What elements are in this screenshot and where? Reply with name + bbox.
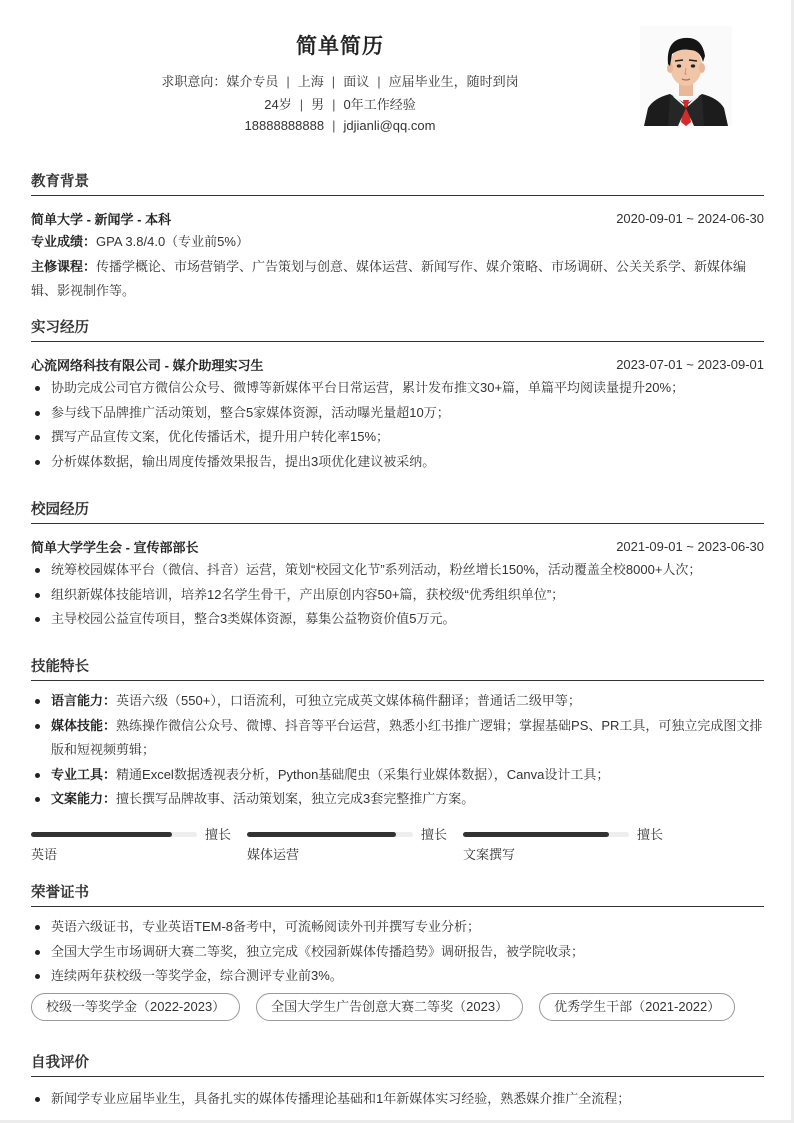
email: jdjianli@qq.com [343,118,435,133]
skills-bullets: 语言能力：英语六级（550+），口语流利，可独立完成英文媒体稿件翻译；普通话二级… [31,689,764,812]
list-item: 媒体技能：熟练操作微信公众号、微博、抖音等平台运营，熟悉小红书推广逻辑；掌握基础… [31,714,764,763]
intent-salary: 面议 [343,74,369,89]
courses-label: 主修课程 [31,259,83,274]
age: 24岁 [264,97,291,112]
skill-bar-track [463,832,629,837]
contact-line: 18888888888|jdjianli@qq.com [90,118,590,133]
basic-info-line: 24岁|男|0年工作经验 [90,94,590,113]
resume-page: 简单简历 求职意向：媒介专员|上海|面议|应届毕业生，随时到岗 24岁|男|0年… [0,0,794,1123]
skill-text: 熟练操作微信公众号、微博、抖音等平台运营，熟悉小红书推广逻辑；掌握基础PS、PR… [51,718,762,758]
campus-section: 校园经历 简单大学学生会 - 宣传部部长 2021-09-01 ~ 2023-0… [31,500,764,632]
education-section: 教育背景 简单大学 - 新闻学 - 本科 2020-09-01 ~ 2024-0… [31,172,764,304]
list-item: 主导校园公益宣传项目，整合3类媒体资源，募集公益物资价值5万元。 [31,607,764,632]
intent-availability: 应届毕业生，随时到岗 [389,74,519,89]
list-item: 协助完成公司官方微信公众号、微博等新媒体平台日常运营，累计发布推文30+篇，单篇… [31,376,764,401]
courses-value: 传播学概论、市场营销学、广告策划与创意、媒体运营、新闻写作、媒介策略、市场调研、… [31,259,746,299]
campus-entry-header: 简单大学学生会 - 宣传部部长 2021-09-01 ~ 2023-06-30 [31,534,764,558]
list-item: 分析媒体数据，输出周度传播效果报告，提出3项优化建议被采纳。 [31,450,764,475]
intent-position: 求职意向：媒介专员 [161,74,278,89]
separator: | [332,118,335,133]
skill-label: 文案能力 [51,791,103,806]
skill-text: 精通Excel数据透视表分析，Python基础爬虫（采集行业媒体数据），Canv… [116,767,609,782]
honor-tag: 校级一等奖学金（2022-2023） [31,993,240,1021]
list-item: 统筹校园媒体平台（微信、抖音）运营，策划“校园文化节”系列活动，粉丝增长150%… [31,558,764,583]
campus-bullets: 统筹校园媒体平台（微信、抖音）运营，策划“校园文化节”系列活动，粉丝增长150%… [31,558,764,632]
section-title-education: 教育背景 [31,172,764,196]
section-title-skills: 技能特长 [31,657,764,681]
section-title-campus: 校园经历 [31,500,764,524]
skill-name: 文案撰写 [463,844,515,863]
courses-line: 主修课程：传播学概论、市场营销学、广告策划与创意、媒体运营、新闻写作、媒介策略、… [31,255,764,304]
work-years: 0年工作经验 [344,97,416,112]
separator: | [286,74,289,89]
gender: 男 [311,97,324,112]
gpa-label: 专业成绩 [31,234,83,249]
list-item: 新闻学专业应届毕业生，具备扎实的媒体传播理论基础和1年新媒体实习经验，熟悉媒介推… [31,1087,764,1112]
skill-label: 语言能力 [51,693,103,708]
separator: | [377,74,380,89]
list-item: 连续两年获校级一等奖学金，综合测评专业前3%。 [31,964,764,989]
resume-header: 简单简历 求职意向：媒介专员|上海|面议|应届毕业生，随时到岗 24岁|男|0年… [0,0,794,150]
skill-label: 媒体技能 [51,718,103,733]
skill-bar-track [247,832,413,837]
phone: 18888888888 [245,118,325,133]
skill-bar-fill [247,832,396,837]
skills-section: 技能特长 语言能力：英语六级（550+），口语流利，可独立完成英文媒体稿件翻译；… [31,657,764,868]
list-item: 组织新媒体技能培训，培养12名学生骨干，产出原创内容50+篇，获校级“优秀组织单… [31,583,764,608]
section-title-self-eval: 自我评价 [31,1053,764,1077]
intent-city: 上海 [298,74,324,89]
skill-label: 专业工具 [51,767,103,782]
skill-text: 英语六级（550+），口语流利，可独立完成英文媒体稿件翻译；普通话二级甲等； [116,693,581,708]
internship-entry-header: 心流网络科技有限公司 - 媒介助理实习生 2023-07-01 ~ 2023-0… [31,352,764,376]
list-item: 文案能力：擅长撰写品牌故事、活动策划案，独立完成3套完整推广方案。 [31,787,764,812]
honors-section: 荣誉证书 英语六级证书，专业英语TEM-8备考中，可流畅阅读外刊并撰写专业分析；… [31,883,764,1021]
skill-name: 英语 [31,844,57,863]
gpa-line: 专业成绩：GPA 3.8/4.0（专业前5%） [31,230,764,255]
list-item: 撰写产品宣传文案，优化传播话术，提升用户转化率15%； [31,425,764,450]
list-item: 专业工具：精通Excel数据透视表分析，Python基础爬虫（采集行业媒体数据）… [31,763,764,788]
internship-org: 心流网络科技有限公司 - 媒介助理实习生 [31,355,264,374]
separator: | [332,74,335,89]
skill-level: 擅长 [205,824,231,843]
skill-bars: 擅长 英语 擅长 媒体运营 擅长 文案撰写 [31,828,764,868]
campus-dates: 2021-09-01 ~ 2023-06-30 [616,539,764,554]
resume-title: 简单简历 [130,30,550,60]
skill-bar-track [31,832,197,837]
separator: | [300,97,303,112]
school-line: 简单大学 - 新闻学 - 本科 [31,209,171,228]
avatar [640,26,732,126]
honor-tag: 优秀学生干部（2021-2022） [539,993,735,1021]
skill-bar-fill [463,832,609,837]
section-title-honors: 荣誉证书 [31,883,764,907]
list-item: 全国大学生市场调研大赛二等奖，独立完成《校园新媒体传播趋势》调研报告，被学院收录… [31,940,764,965]
section-title-internship: 实习经历 [31,318,764,342]
list-item: 语言能力：英语六级（550+），口语流利，可独立完成英文媒体稿件翻译；普通话二级… [31,689,764,714]
internship-section: 实习经历 心流网络科技有限公司 - 媒介助理实习生 2023-07-01 ~ 2… [31,318,764,474]
self-eval-section: 自我评价 新闻学专业应届毕业生，具备扎实的媒体传播理论基础和1年新媒体实习经验，… [31,1053,764,1112]
list-item: 参与线下品牌推广活动策划，整合5家媒体资源，活动曝光量超10万； [31,401,764,426]
skill-level: 擅长 [637,824,663,843]
honor-tags: 校级一等奖学金（2022-2023） 全国大学生广告创意大赛二等奖（2023） … [31,993,764,1021]
skill-name: 媒体运营 [247,844,299,863]
gpa-value: GPA 3.8/4.0（专业前5%） [96,234,249,249]
honors-bullets: 英语六级证书，专业英语TEM-8备考中，可流畅阅读外刊并撰写专业分析； 全国大学… [31,915,764,989]
skill-text: 擅长撰写品牌故事、活动策划案，独立完成3套完整推广方案。 [116,791,474,806]
self-eval-bullets: 新闻学专业应届毕业生，具备扎实的媒体传播理论基础和1年新媒体实习经验，熟悉媒介推… [31,1087,764,1112]
internship-bullets: 协助完成公司官方微信公众号、微博等新媒体平台日常运营，累计发布推文30+篇，单篇… [31,376,764,474]
avatar-photo-icon [640,26,732,126]
internship-dates: 2023-07-01 ~ 2023-09-01 [616,357,764,372]
job-intent-line: 求职意向：媒介专员|上海|面议|应届毕业生，随时到岗 [90,71,590,90]
campus-org: 简单大学学生会 - 宣传部部长 [31,537,199,556]
honor-tag: 全国大学生广告创意大赛二等奖（2023） [256,993,523,1021]
separator: | [332,97,335,112]
skill-bar-fill [31,832,172,837]
education-dates: 2020-09-01 ~ 2024-06-30 [616,211,764,226]
skill-level: 擅长 [421,824,447,843]
list-item: 英语六级证书，专业英语TEM-8备考中，可流畅阅读外刊并撰写专业分析； [31,915,764,940]
education-entry-header: 简单大学 - 新闻学 - 本科 2020-09-01 ~ 2024-06-30 [31,206,764,230]
